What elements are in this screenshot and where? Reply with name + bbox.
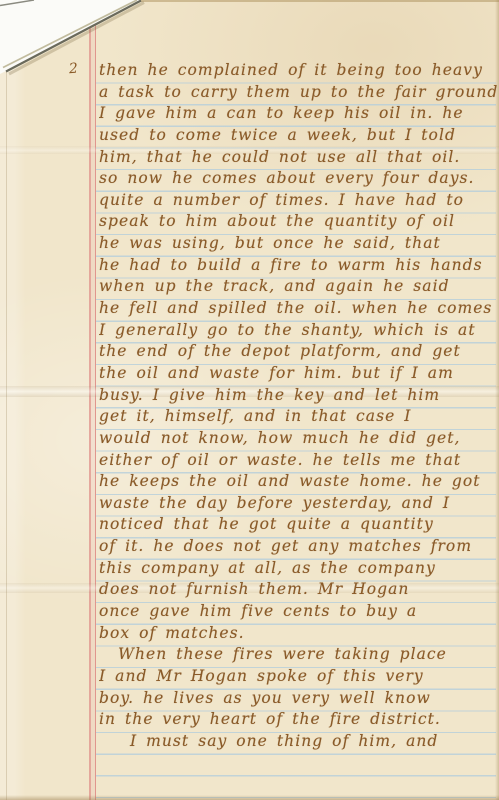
manuscript-line: I must say one thing of him, and [99,731,497,753]
manuscript-line: get it, himself, and in that case I [99,406,497,428]
manuscript-line: I generally go to the shanty, which is a… [99,320,497,342]
manuscript-line: he fell and spilled the oil. when he com… [99,298,497,320]
manuscript-line: him, that he could not use all that oil. [99,147,497,169]
manuscript-line: he keeps the oil and waste home. he got [99,471,497,493]
manuscript-line: when up the track, and again he said [99,276,497,298]
manuscript-line: quite a number of times. I have had to [99,190,497,212]
manuscript-line: of it. he does not get any matches from [99,536,497,558]
manuscript-line: either of oil or waste. he tells me that [99,450,497,472]
paper-edge-left [6,70,7,800]
manuscript-line: does not furnish them. Mr Hogan [99,579,497,601]
manuscript-line: box of matches. [99,623,497,645]
red-margin-line-right [95,25,97,800]
manuscript-line: a task to carry them up to the fair grou… [99,82,497,104]
manuscript-line: busy. I give him the key and let him [99,385,497,407]
manuscript-line: used to come twice a week, but I told [99,125,497,147]
handwritten-text-block: then he complained of it being too heavy… [99,60,497,800]
red-margin-line-left [89,25,91,800]
manuscript-line: this company at all, as the company [99,558,497,580]
manuscript-line: he had to build a fire to warm his hands [99,255,497,277]
manuscript-line: boy. he lives as you very well know [99,688,497,710]
manuscript-line: once gave him five cents to buy a [99,601,497,623]
manuscript-line: he was using, but once he said, that [99,233,497,255]
manuscript-line: in the very heart of the fire district. [99,709,497,731]
manuscript-line: the oil and waste for him. but if I am [99,363,497,385]
manuscript-line: noticed that he got quite a quantity [99,514,497,536]
manuscript-line: waste the day before yesterday, and I [99,493,497,515]
manuscript-line: would not know, how much he did get, [99,428,497,450]
page-number: 2 [68,61,78,78]
paper-sheet: 2 then he complained of it being too hea… [0,0,499,800]
manuscript-line: so now he comes about every four days. [99,168,497,190]
paper-edge-top [138,0,499,2]
manuscript-line: then he complained of it being too heavy [99,60,497,82]
manuscript-line: I and Mr Hogan spoke of this very [99,666,497,688]
scanned-page: 2 then he complained of it being too hea… [0,0,499,800]
manuscript-line: the end of the depot platform, and get [99,341,497,363]
manuscript-line: speak to him about the quantity of oil [99,211,497,233]
manuscript-line: I gave him a can to keep his oil in. he [99,103,497,125]
manuscript-line: When these fires were taking place [99,644,497,666]
